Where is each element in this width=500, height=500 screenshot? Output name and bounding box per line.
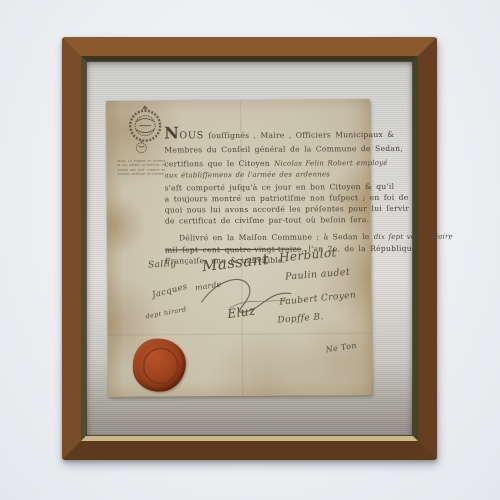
frame-gold-fillet: Nota. La Femme du porteur & ses enfans a…	[81, 56, 418, 441]
signature: Paulin audet	[285, 267, 351, 283]
signature: Sallig	[148, 259, 177, 271]
photo-background: Nota. La Femme du porteur & ses enfans a…	[0, 0, 500, 500]
document-paper: Nota. La Femme du porteur & ses enfans a…	[106, 99, 372, 397]
handwritten-date: dix ſept vendémiaire	[374, 233, 453, 242]
signature: Ne Ton	[325, 341, 357, 354]
signature: dept hirard	[145, 305, 188, 320]
mat-board: Nota. La Femme du porteur & ses enfans a…	[86, 61, 413, 436]
signature: Herbulot	[278, 245, 337, 264]
picture-frame: Nota. La Femme du porteur & ses enfans a…	[62, 37, 437, 460]
signature: Dopffe B.	[277, 312, 324, 326]
signature: Jacques	[151, 282, 189, 301]
signature: Eluz	[227, 304, 257, 322]
